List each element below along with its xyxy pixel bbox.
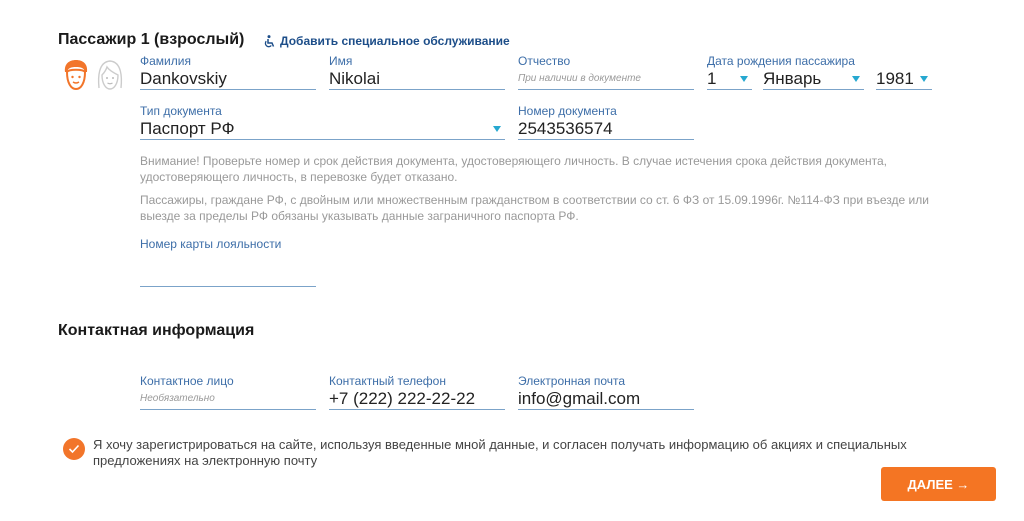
first-name-input[interactable]: Nikolai bbox=[329, 68, 505, 90]
add-special-service-label: Добавить специальное обслуживание bbox=[280, 34, 510, 48]
dual-citizenship-note: Пассажиры, граждане РФ, с двойным или мн… bbox=[140, 192, 980, 224]
chevron-down-icon bbox=[740, 76, 748, 82]
chevron-down-icon bbox=[493, 126, 501, 132]
doc-type-field: Тип документа Паспорт РФ bbox=[140, 104, 505, 140]
last-name-input[interactable]: Dankovskiy bbox=[140, 68, 316, 90]
contact-phone-field: Контактный телефон +7 (222) 222-22-22 bbox=[329, 374, 505, 410]
first-name-field: Имя Nikolai bbox=[329, 54, 505, 90]
contact-phone-label: Контактный телефон bbox=[329, 374, 505, 388]
birth-year-select[interactable]: 1981 bbox=[876, 68, 932, 90]
doc-number-label: Номер документа bbox=[518, 104, 694, 118]
chevron-down-icon bbox=[920, 76, 928, 82]
wheelchair-icon bbox=[263, 35, 275, 48]
checkmark-icon bbox=[68, 444, 80, 454]
contact-phone-input[interactable]: +7 (222) 222-22-22 bbox=[329, 388, 505, 410]
middle-name-field: Отчество При наличии в документе bbox=[518, 54, 694, 90]
contact-person-field: Контактное лицо Необязательно bbox=[140, 374, 316, 410]
male-avatar-icon bbox=[61, 58, 91, 92]
doc-number-field: Номер документа 2543536574 bbox=[518, 104, 694, 140]
contact-person-label: Контактное лицо bbox=[140, 374, 316, 388]
document-warning-note: Внимание! Проверьте номер и срок действи… bbox=[140, 153, 980, 185]
loyalty-card-label: Номер карты лояльности bbox=[140, 237, 316, 251]
passenger-title: Пассажир 1 (взрослый) bbox=[58, 31, 244, 49]
birth-date-label: Дата рождения пассажира bbox=[707, 54, 855, 68]
female-avatar-icon bbox=[95, 58, 125, 92]
contact-title: Контактная информация bbox=[58, 322, 254, 340]
next-button[interactable]: ДАЛЕЕ → bbox=[881, 467, 996, 501]
gender-male-option[interactable] bbox=[61, 58, 91, 92]
doc-type-select[interactable]: Паспорт РФ bbox=[140, 118, 505, 140]
contact-email-label: Электронная почта bbox=[518, 374, 694, 388]
loyalty-card-input[interactable] bbox=[140, 265, 316, 287]
doc-number-input[interactable]: 2543536574 bbox=[518, 118, 694, 140]
last-name-label: Фамилия bbox=[140, 54, 316, 68]
birth-day-select[interactable]: 1 bbox=[707, 68, 752, 90]
middle-name-input[interactable]: При наличии в документе bbox=[518, 68, 694, 90]
loyalty-card-field: Номер карты лояльности bbox=[140, 237, 316, 287]
contact-person-input[interactable]: Необязательно bbox=[140, 388, 316, 410]
first-name-label: Имя bbox=[329, 54, 505, 68]
birth-month-select[interactable]: Январь bbox=[763, 68, 864, 90]
contact-email-field: Электронная почта info@gmail.com bbox=[518, 374, 694, 410]
chevron-down-icon bbox=[852, 76, 860, 82]
add-special-service-link[interactable]: Добавить специальное обслуживание bbox=[263, 34, 510, 48]
gender-female-option[interactable] bbox=[95, 58, 125, 92]
consent-checkbox[interactable] bbox=[63, 438, 85, 460]
consent-text: Я хочу зарегистрироваться на сайте, испо… bbox=[93, 437, 973, 469]
doc-type-label: Тип документа bbox=[140, 104, 505, 118]
contact-email-input[interactable]: info@gmail.com bbox=[518, 388, 694, 410]
last-name-field: Фамилия Dankovskiy bbox=[140, 54, 316, 90]
middle-name-label: Отчество bbox=[518, 54, 694, 68]
